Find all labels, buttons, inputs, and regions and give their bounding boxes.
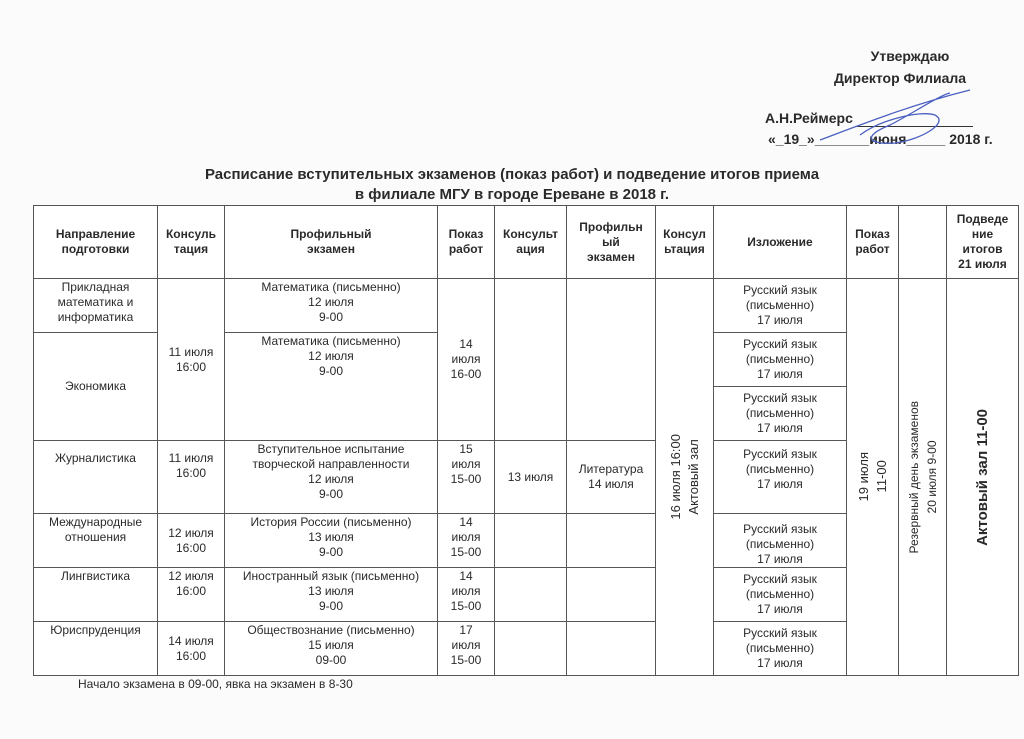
essay-row-2: Русский язык (письменно) 17 июля	[713, 332, 847, 387]
consult-pmi-econ: 11 июля 16:00	[157, 278, 225, 441]
header-show-works: Показ работ	[437, 205, 495, 279]
reserve-day-merged: Резервный день экзаменов 20 июля 9-00	[898, 278, 947, 676]
exam-ling: Иностранный язык (письменно) 13 июля 9-0…	[224, 567, 438, 622]
consult-essay-merged: 16 июля 16:00 Актовый зал	[655, 278, 714, 676]
header-consult2: Консульт ация	[494, 205, 567, 279]
consult2-ling	[494, 567, 567, 622]
header-profile-exam2: Профильн ый экзамен	[566, 205, 656, 279]
direction-journalism: Журналистика	[33, 440, 158, 514]
essay-row-4: Русский язык (письменно) 17 июля	[713, 440, 847, 514]
results-merged: Актовый зал 11-00	[946, 278, 1019, 676]
direction-intl-relations: Международные отношения	[33, 513, 158, 568]
reserve-day-text: Резервный день экзаменов 20 июля 9-00	[905, 401, 941, 553]
consult2-law	[494, 621, 567, 676]
essay-row-1: Русский язык (письменно) 17 июля	[713, 278, 847, 333]
exam-applied-math: Математика (письменно) 12 июля 9-00	[224, 278, 438, 333]
direction-linguistics: Лингвистика	[33, 567, 158, 622]
consult2-journalism: 13 июля	[494, 440, 567, 514]
footnote: Начало экзамена в 09-00, явка на экзамен…	[78, 677, 353, 691]
exam2-journalism: Литература 14 июля	[566, 440, 656, 514]
page-title-line2: в филиале МГУ в городе Ереване в 2018 г.	[0, 185, 1024, 205]
header-essay: Изложение	[713, 205, 847, 279]
header-direction: Направление подготовки	[33, 205, 158, 279]
show-journalism: 15 июля 15-00	[437, 440, 495, 514]
show-pmi-econ: 14 июля 16-00	[437, 278, 495, 441]
essay-row-5: Русский язык (письменно) 17 июля	[713, 513, 847, 568]
signature-icon	[800, 85, 980, 155]
consult-essay-text: 16 июля 16:00 Актовый зал	[667, 434, 703, 520]
results-text: Актовый зал 11-00	[975, 409, 990, 546]
essay-row-7: Русский язык (письменно) 17 июля	[713, 621, 847, 676]
direction-economics: Экономика	[33, 332, 158, 441]
consult-ling: 12 июля 16:00	[157, 567, 225, 622]
exam-economics: Математика (письменно) 12 июля 9-00	[224, 332, 438, 441]
consult2-intl	[494, 513, 567, 568]
exam2-pmi-econ	[566, 278, 656, 441]
consult-intl: 12 июля 16:00	[157, 513, 225, 568]
header-consult: Консуль тация	[157, 205, 225, 279]
consult2-pmi-econ	[494, 278, 567, 441]
essay-row-3: Русский язык (письменно) 17 июля	[713, 386, 847, 441]
exam-intl: История России (письменно) 13 июля 9-00	[224, 513, 438, 568]
direction-law: Юриспруденция	[33, 621, 158, 676]
essay-row-6: Русский язык (письменно) 17 июля	[713, 567, 847, 622]
show-intl: 14 июля 15-00	[437, 513, 495, 568]
approval-position: Директор Филиала	[810, 70, 990, 86]
consult-journalism: 11 июля 16:00	[157, 440, 225, 514]
header-results: Подведе ние итогов 21 июля	[946, 205, 1019, 279]
page-title-line1: Расписание вступительных экзаменов (пока…	[0, 165, 1024, 185]
exam-law: Обществознание (письменно) 15 июля 09-00	[224, 621, 438, 676]
header-profile-exam: Профильный экзамен	[224, 205, 438, 279]
show-essay-merged: 19 июля 11-00	[846, 278, 899, 676]
exam2-intl	[566, 513, 656, 568]
header-show-works2: Показ работ	[846, 205, 899, 279]
exam2-ling	[566, 567, 656, 622]
direction-applied-math: Прикладная математика и информатика	[33, 278, 158, 333]
show-ling: 14 июля 15-00	[437, 567, 495, 622]
consult-law: 14 июля 16:00	[157, 621, 225, 676]
exam-journalism: Вступительное испытание творческой напра…	[224, 440, 438, 514]
header-consult3: Консул ьтация	[655, 205, 714, 279]
header-empty	[898, 205, 947, 279]
approval-heading: Утверждаю	[830, 48, 990, 64]
show-essay-text: 19 июля 11-00	[855, 452, 891, 501]
exam2-law	[566, 621, 656, 676]
show-law: 17 июля 15-00	[437, 621, 495, 676]
